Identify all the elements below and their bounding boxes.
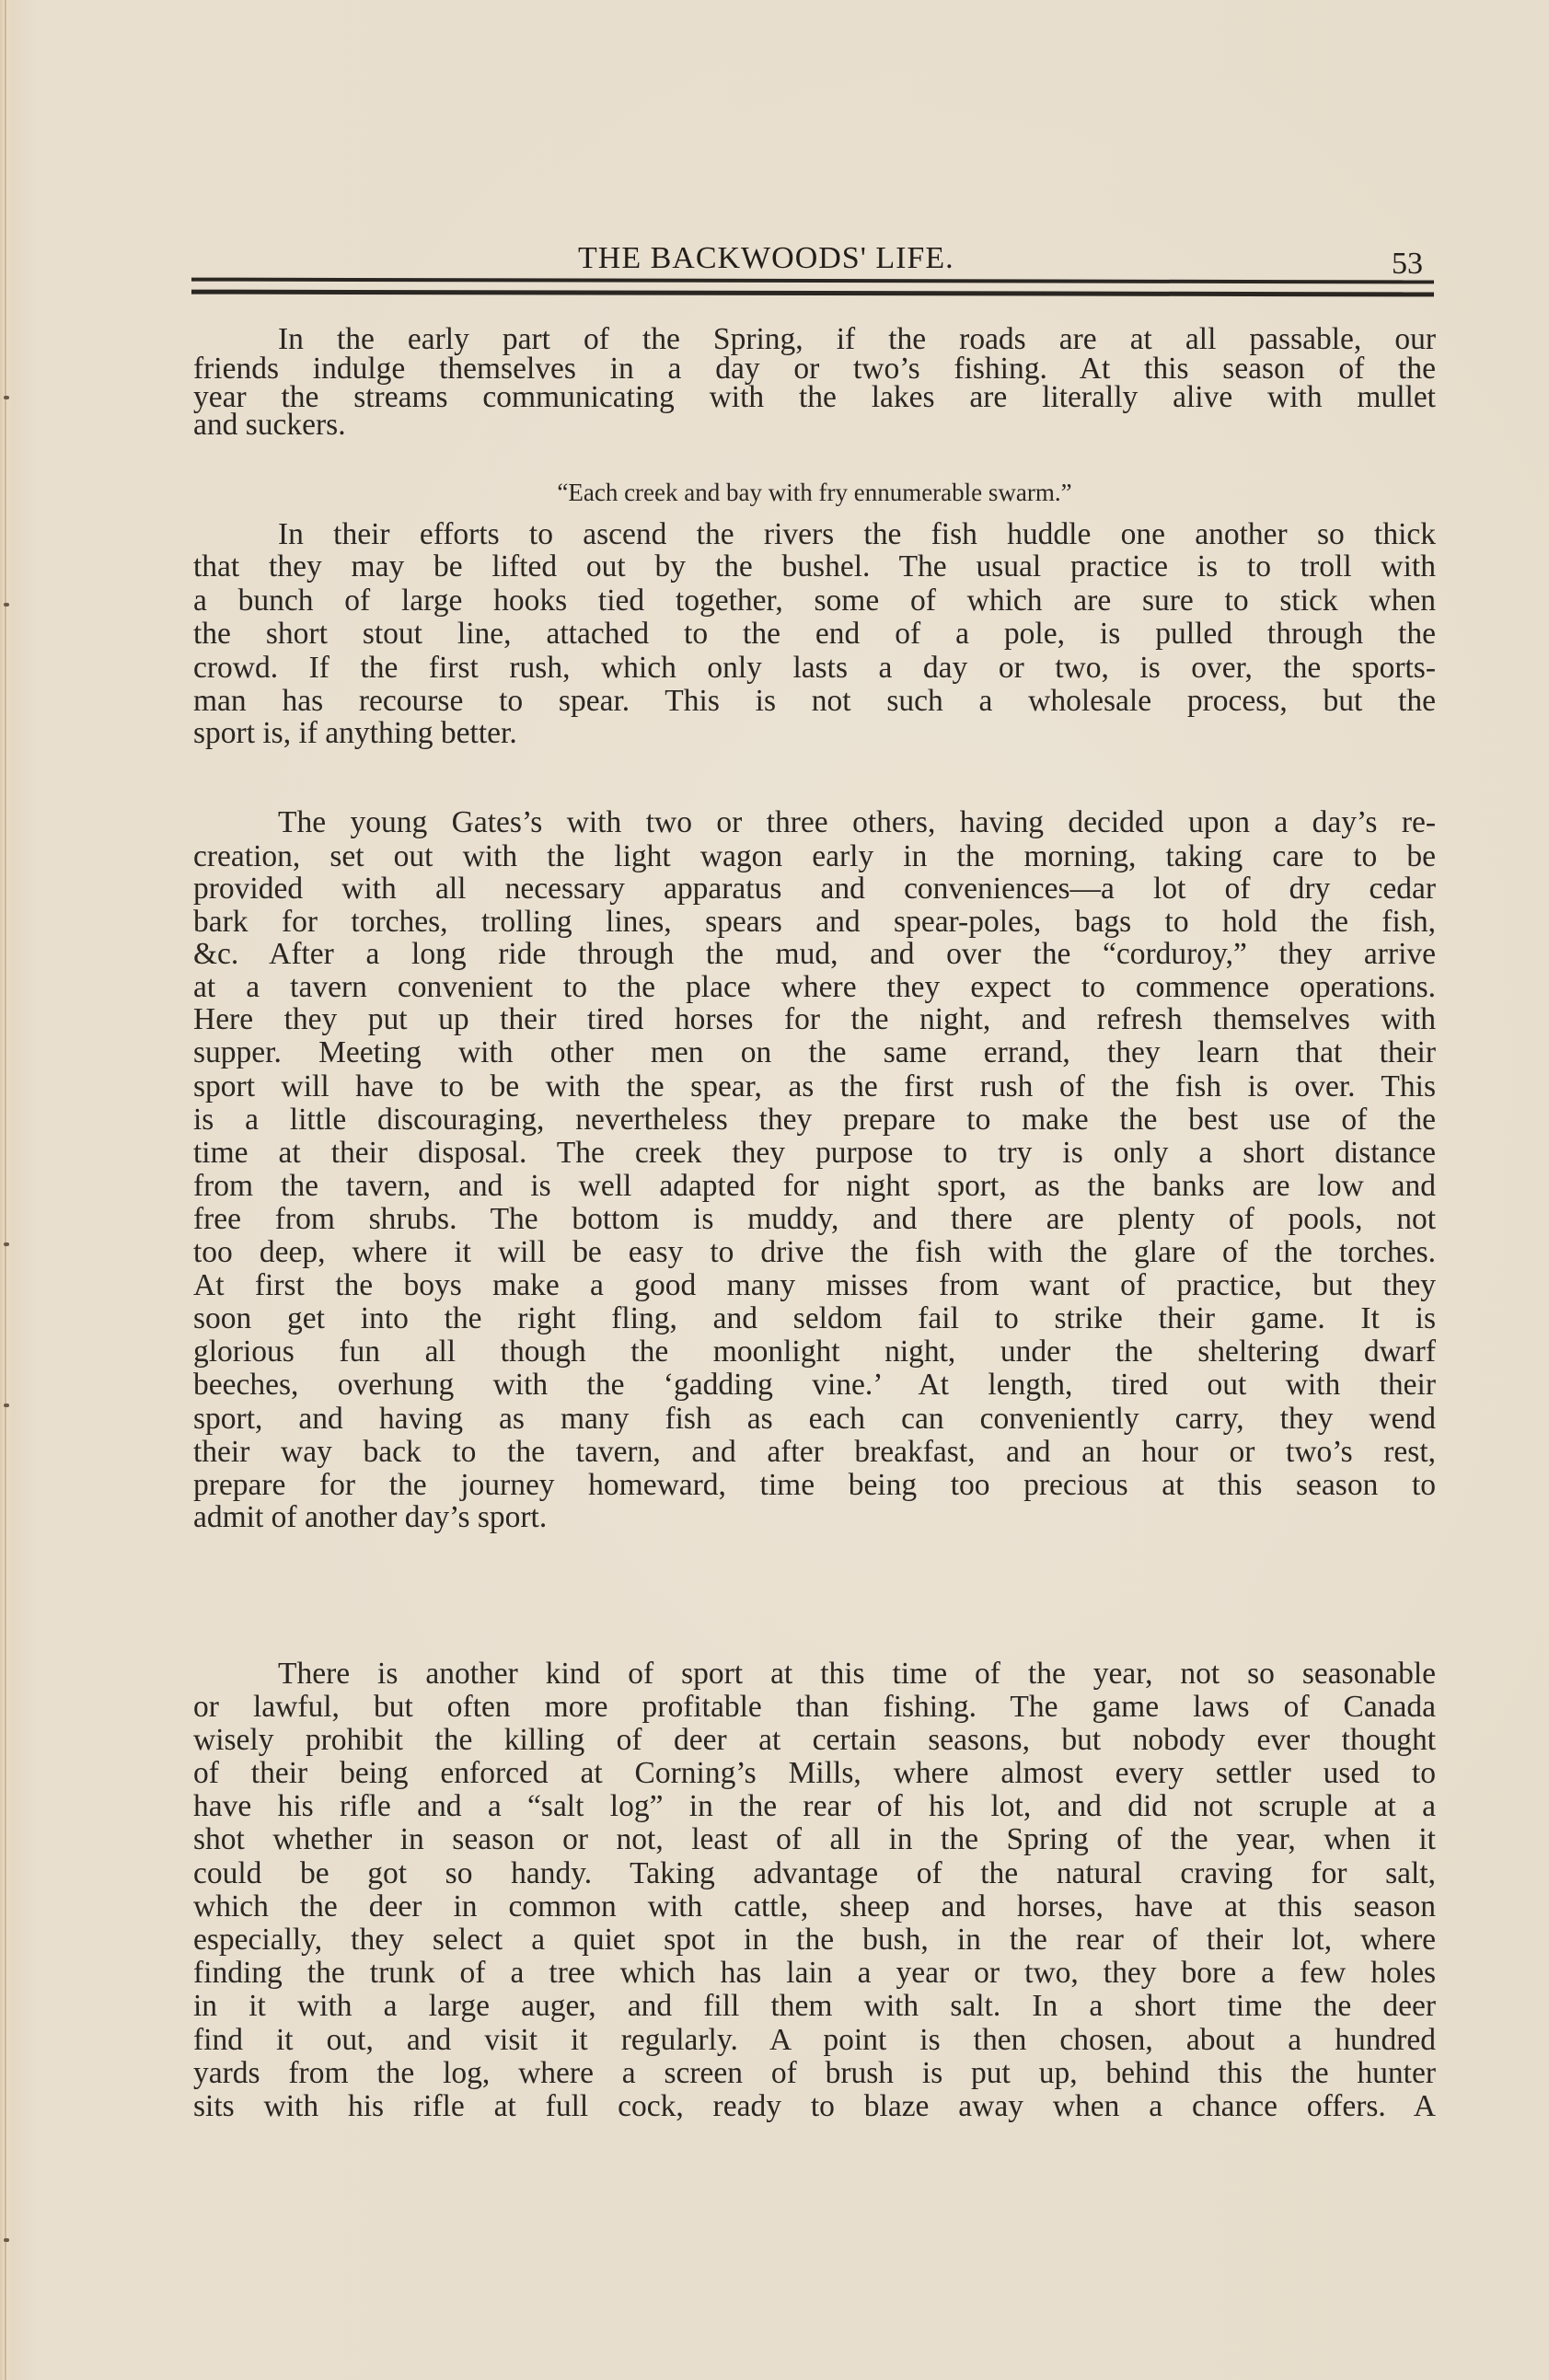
paragraph-3-line-19: sport, and having as many fish as each c… [193,1402,1436,1437]
paragraph-4-line-4: of their being enforced at Corning’s Mil… [193,1756,1436,1791]
paragraph-3-line-12: from the tavern, and is well adapted for… [193,1169,1436,1204]
paragraph-3-line-9: sport will have to be with the spear, as… [193,1069,1436,1104]
paragraph-3-line-4: bark for torches, trolling lines, spears… [193,905,1436,940]
paragraph-3-line-18: beeches, overhung with the ‘gadding vine… [193,1368,1436,1403]
page-number: 53 [1392,247,1423,282]
paper-speck [4,1242,9,1246]
paragraph-3-line-16: soon get into the right fling, and seldo… [193,1301,1436,1336]
paragraph-3-line-3: provided with all necessary apparatus an… [193,872,1436,907]
paragraph-4-line-10: finding the trunk of a tree which has la… [193,1956,1436,1991]
paragraph-3-line-5: &c. After a long ride through the mud, a… [193,937,1436,972]
paragraph-3-line-17: glorious fun all though the moonlight ni… [193,1334,1436,1369]
running-title: THE BACKWOODS' LIFE. [578,241,954,276]
paragraph-3-line-2: creation, set out with the light wagon e… [193,839,1436,874]
paragraph-4-line-2: or lawful, but often more profitable tha… [193,1690,1436,1725]
paragraph-2-line-1: In their efforts to ascend the rivers th… [193,517,1436,552]
paragraph-3-line-14: too deep, where it will be easy to drive… [193,1235,1436,1270]
paper-speck [4,2238,9,2242]
paragraph-2-line-7: sport is, if anything better. [193,716,1436,751]
paragraph-3-line-1: The young Gates’s with two or three othe… [193,805,1436,840]
header-rule-thick [191,290,1434,297]
paper-speck [4,396,9,399]
paragraph-4-line-8: which the deer in common with cattle, sh… [193,1889,1436,1924]
paragraph-3-line-20: their way back to the tavern, and after … [193,1435,1436,1470]
paragraph-4-line-12: find it out, and visit it regularly. A p… [193,2023,1436,2058]
paragraph-4-line-13: yards from the log, where a screen of br… [193,2056,1436,2091]
epigraph-quote: “Each creek and bay with fry ennumerable… [193,477,1436,508]
paragraph-4-line-11: in it with a large auger, and fill them … [193,1989,1436,2024]
paragraph-3-line-6: at a tavern convenient to the place wher… [193,970,1436,1005]
running-head: THE BACKWOODS' LIFE. 53 [0,241,1549,282]
paragraph-3-line-21: prepare for the journey homeward, time b… [193,1468,1436,1503]
paragraph-4-line-7: could be got so handy. Taking advantage … [193,1856,1436,1891]
paragraph-4-line-6: shot whether in season or not, least of … [193,1822,1436,1857]
paragraph-4-line-9: especially, they select a quiet spot in … [193,1923,1436,1958]
paragraph-3-line-11: time at their disposal. The creek they p… [193,1136,1436,1171]
paragraph-3-line-7: Here they put up their tired horses for … [193,1002,1436,1037]
paragraph-2-line-5: crowd. If the first rush, which only las… [193,651,1436,686]
paragraph-1-line-4: and suckers. [193,408,1436,443]
paper-speck [4,603,9,607]
gutter-edge [5,0,6,2380]
paragraph-3-line-10: is a little discouraging, nevertheless t… [193,1103,1436,1138]
paragraph-2-line-6: man has recourse to spear. This is not s… [193,684,1436,719]
paragraph-3-line-8: supper. Meeting with other men on the sa… [193,1035,1436,1070]
paragraph-3-line-13: free from shrubs. The bottom is muddy, a… [193,1202,1436,1237]
paper-speck [4,1404,9,1407]
paragraph-2-line-3: a bunch of large hooks tied together, so… [193,583,1436,618]
paragraph-3-line-22: admit of another day’s sport. [193,1500,1436,1535]
paragraph-3-line-15: At first the boys make a good many misse… [193,1268,1436,1303]
paragraph-4-line-14: sits with his rifle at full cock, ready … [193,2089,1436,2124]
paragraph-2-line-4: the short stout line, attached to the en… [193,617,1436,652]
book-page: THE BACKWOODS' LIFE. 53 In the early par… [0,0,1549,2380]
paragraph-4-line-5: have his rifle and a “salt log” in the r… [193,1789,1436,1824]
paragraph-2-line-2: that they may be lifted out by the bushe… [193,549,1436,584]
paragraph-4-line-1: There is another kind of sport at this t… [193,1657,1436,1692]
paragraph-4-line-3: wisely prohibit the killing of deer at c… [193,1723,1436,1758]
